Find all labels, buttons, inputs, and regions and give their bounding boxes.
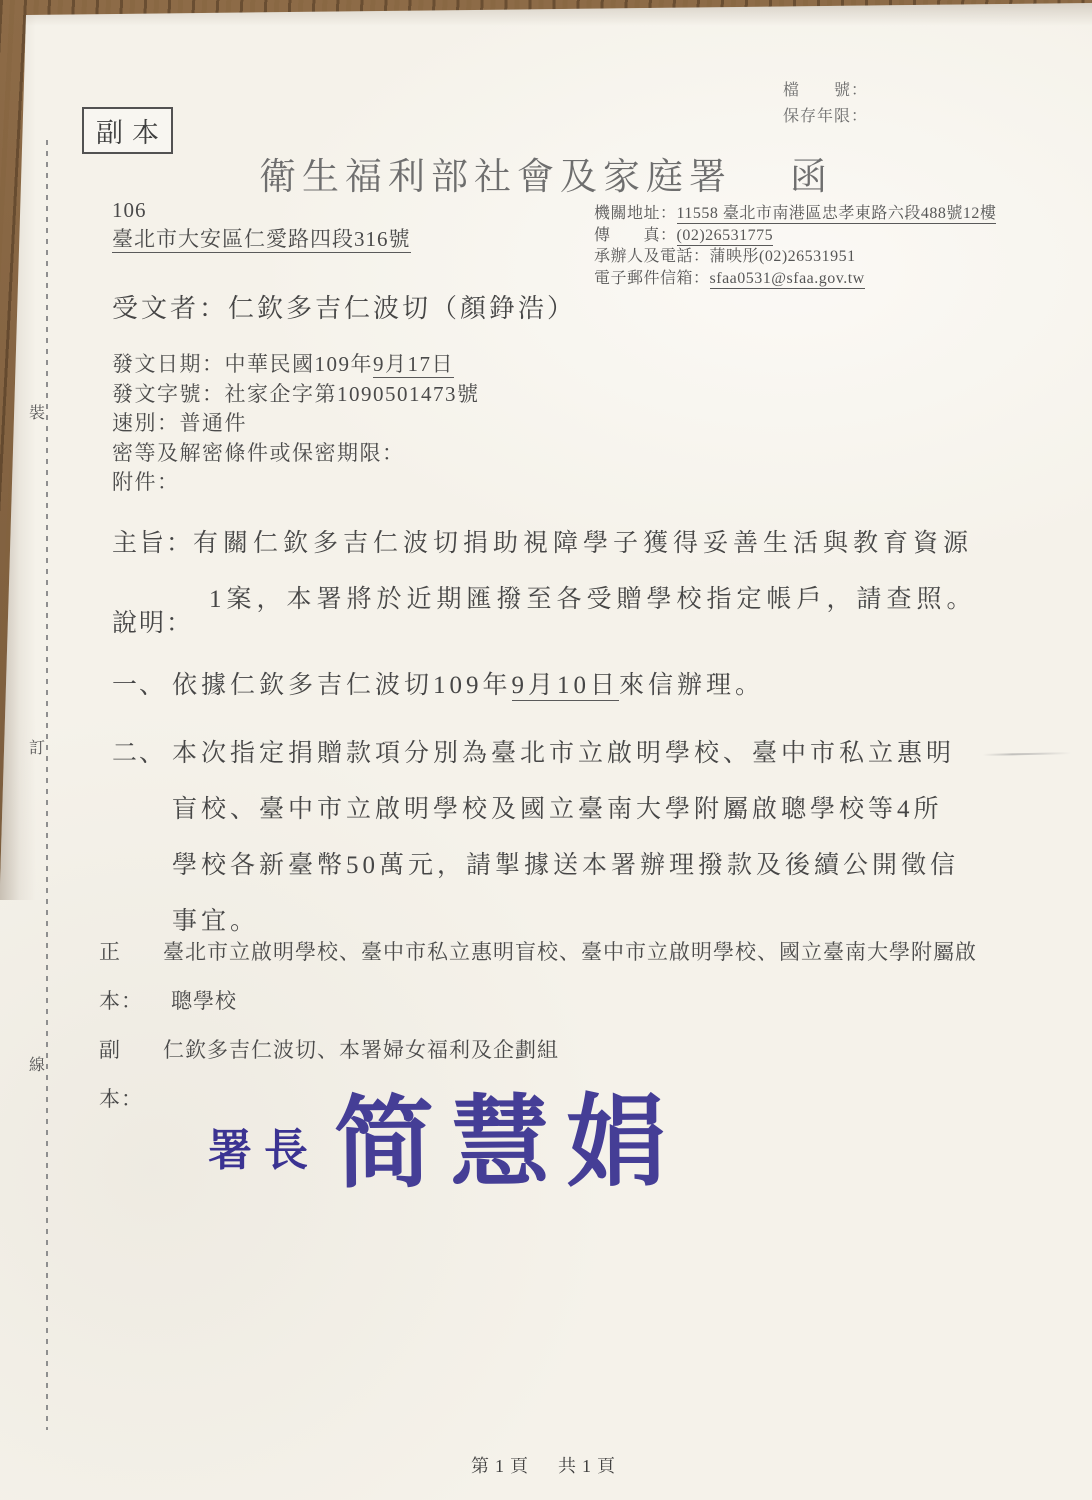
explanation-line: 學校各新臺幣50萬元，請掣據送本署辦理撥款及後續公開徵信 — [172, 838, 959, 894]
subject-line: 有關仁欽多吉仁波切捐助視障學子獲得妥善生活與教育資源 — [193, 516, 977, 572]
binding-char-xian: 線 — [28, 1052, 46, 1075]
binding-char-zhuang: 裝 — [28, 400, 46, 423]
contact-label: 承辦人及電話： — [594, 248, 710, 265]
contact-value: sfaa0531@sfaa.gov.tw — [710, 270, 865, 289]
binding-margin-dashed-line — [46, 140, 48, 1430]
sender-address-block: 106 臺北市大安區仁愛路四段316號 — [112, 196, 411, 254]
contact-label: 傳 真： — [594, 227, 677, 244]
contact-label: 機關地址： — [594, 205, 677, 222]
sender-postal-code: 106 — [112, 196, 411, 225]
sender-address: 臺北市大安區仁愛路四段316號 — [112, 227, 411, 253]
contact-row: 機關地址：11558 臺北市南港區忠孝東路六段488號12樓 — [594, 203, 996, 225]
document-title: 衛生福利部社會及家庭署 函 — [0, 146, 1092, 200]
original-recipients-row: 正本： 臺北市立啟明學校、臺中市私立惠明盲校、臺中市立啟明學校、國立臺南大學附屬… — [99, 928, 977, 1026]
explanation-label: 說明： — [112, 602, 959, 646]
signer-title: 署長 — [208, 1114, 320, 1178]
page-number-footer: 第1頁 共1頁 — [0, 1452, 1092, 1478]
contact-row: 電子郵件信箱：sfaa0531@sfaa.gov.tw — [594, 268, 996, 290]
original-recipients-line: 臺北市立啟明學校、臺中市私立惠明盲校、臺中市立啟明學校、國立臺南大學附屬啟 — [163, 928, 977, 977]
retention-period-label: 保存年限： — [783, 104, 868, 130]
explanation-item-2: 二、 本次指定捐贈款項分別為臺北市立啟明學校、臺中市私立惠明 盲校、臺中市立啟明… — [112, 726, 959, 950]
original-label: 正本： — [99, 928, 163, 1026]
contact-value: 蒲映彤(02)26531951 — [710, 248, 856, 265]
file-number-label: 檔 號： — [783, 78, 868, 104]
agency-name: 衛生福利部社會及家庭署 — [259, 146, 732, 200]
binding-char-ding: 訂 — [28, 735, 46, 758]
recipient-name: 仁欽多吉仁波切（顏錚浩） — [228, 294, 576, 323]
reference-number-line: 發文字號：社家企字第1090501473號 — [112, 380, 480, 410]
cc-label: 副本： — [99, 1026, 163, 1124]
attachment-line: 附件： — [112, 468, 480, 498]
recipient-line: 受文者：仁欽多吉仁波切（顏錚浩） — [112, 288, 576, 325]
contact-label: 電子郵件信箱： — [594, 270, 710, 287]
contact-value: (02)26531775 — [677, 227, 774, 246]
issue-date-line: 發文日期：中華民國109年9月17日 — [112, 350, 480, 380]
explanation-block: 說明： 一、 依據仁欽多吉仁波切109年9月10日來信辦理。 二、 本次指定捐贈… — [112, 602, 959, 950]
signer-name-stamp: 简慧娟 — [334, 1061, 683, 1207]
contact-value: 11558 臺北市南港區忠孝東路六段488號12樓 — [677, 205, 997, 224]
paper-crease-mark — [983, 752, 1071, 756]
document-type: 函 — [790, 146, 833, 200]
agency-contact-block: 機關地址：11558 臺北市南港區忠孝東路六段488號12樓 傳 真：(02)2… — [594, 203, 996, 289]
signature-block: 署長 简慧娟 — [208, 1062, 682, 1206]
explanation-item-1: 一、 依據仁欽多吉仁波切109年9月10日來信辦理。 — [112, 658, 959, 714]
contact-row: 傳 真：(02)26531775 — [594, 225, 996, 247]
document-content: 檔 號： 保存年限： 副本 衛生福利部社會及家庭署 函 106 臺北市大安區仁愛… — [0, 0, 1092, 1500]
security-class-line: 密等及解密條件或保密期限： — [112, 439, 480, 469]
contact-row: 承辦人及電話：蒲映彤(02)26531951 — [594, 246, 996, 268]
explanation-line: 本次指定捐贈款項分別為臺北市立啟明學校、臺中市私立惠明 — [172, 726, 959, 782]
recipient-label: 受文者： — [112, 294, 228, 323]
letter-date-underlined: 9月10日 — [512, 672, 620, 701]
file-header-block: 檔 號： 保存年限： — [783, 78, 868, 130]
explanation-line: 盲校、臺中市立啟明學校及國立臺南大學附屬啟聰學校等4所 — [172, 782, 959, 838]
original-recipients-line: 聰學校 — [163, 977, 977, 1026]
speed-class-line: 速別：普通件 — [112, 409, 480, 439]
issue-date-underlined: 9月17日 — [373, 352, 454, 378]
document-meta-block: 發文日期：中華民國109年9月17日 發文字號：社家企字第1090501473號… — [112, 350, 480, 498]
